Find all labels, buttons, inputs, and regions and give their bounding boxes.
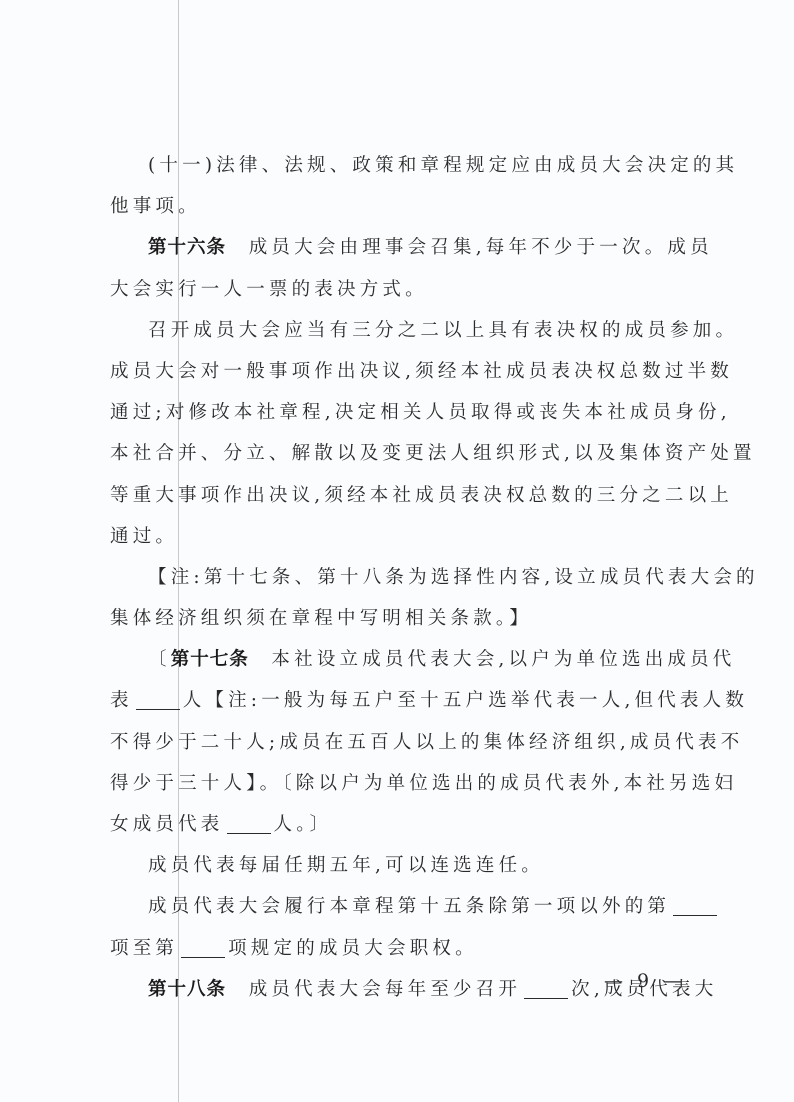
article-heading: 第十六条: [148, 237, 226, 258]
fill-in-blank: [227, 815, 271, 835]
text-line: 等重大事项作出决议,须经本社成员表决权总数的三分之二以上: [110, 475, 682, 516]
text-line: 得少于三十人】。〔除以户为单位选出的成员代表外,本社另选妇: [110, 763, 682, 804]
text-line: 成员代表大会履行本章程第十五条除第一项以外的第: [110, 886, 682, 927]
fill-in-blank: [673, 897, 717, 917]
text-segment: 成员代表大会履行本章程第十五条除第一项以外的第: [148, 896, 670, 917]
text-segment: 不得少于二十人;成员在五百人以上的集体经济组织,成员代表不: [110, 732, 743, 753]
fill-in-blank: [181, 938, 225, 958]
text-line: 大会实行一人一票的表决方式。: [110, 269, 682, 310]
text-segment: 通过。: [110, 526, 178, 547]
text-line: (十一)法律、法规、政策和章程规定应由成员大会决定的其: [110, 145, 682, 186]
text-segment: 项规定的成员大会职权。: [228, 938, 478, 959]
page-number: — 9 —: [604, 970, 686, 992]
text-segment: 女成员代表: [110, 814, 224, 835]
text-segment: 大会实行一人一票的表决方式。: [110, 279, 428, 300]
text-segment: (十一)法律、法规、政策和章程规定应由成员大会决定的其: [148, 155, 738, 176]
text-line: 女成员代表人。〕: [110, 804, 682, 845]
text-segment: 本社设立成员代表大会,以户为单位选出成员代: [249, 649, 736, 670]
text-line: 第十八条 成员代表大会每年至少召开次,成员代表大: [110, 969, 682, 1010]
article-heading: 第十七条: [171, 649, 249, 670]
text-segment: 召开成员大会应当有三分之二以上具有表决权的成员参加。: [148, 320, 738, 341]
text-segment: 【注:第十七条、第十八条为选择性内容,设立成员代表大会的: [148, 567, 759, 588]
text-line: 召开成员大会应当有三分之二以上具有表决权的成员参加。: [110, 310, 682, 351]
text-segment: 通过;对修改本社章程,决定相关人员取得或丧失本社成员身份,: [110, 402, 731, 423]
text-segment: 〔: [148, 649, 171, 670]
text-line: 成员大会对一般事项作出决议,须经本社成员表决权总数过半数: [110, 351, 682, 392]
text-line: 第十六条 成员大会由理事会召集,每年不少于一次。成员: [110, 227, 682, 268]
text-segment: 成员代表大会每年至少召开: [226, 979, 521, 1000]
text-line: 【注:第十七条、第十八条为选择性内容,设立成员代表大会的: [110, 557, 682, 598]
text-line: 项至第项规定的成员大会职权。: [110, 928, 682, 969]
text-segment: 项至第: [110, 938, 178, 959]
text-segment: 表: [110, 690, 133, 711]
text-segment: 人。〕: [274, 814, 333, 835]
text-line: 不得少于二十人;成员在五百人以上的集体经济组织,成员代表不: [110, 722, 682, 763]
text-segment: 成员大会对一般事项作出决议,须经本社成员表决权总数过半数: [110, 361, 733, 382]
text-segment: 得少于三十人】。〔除以户为单位选出的成员代表外,本社另选妇: [110, 773, 737, 794]
text-line: 成员代表每届任期五年,可以连选连任。: [110, 845, 682, 886]
text-line: 集体经济组织须在章程中写明相关条款。】: [110, 598, 682, 639]
text-line: 表人【注:一般为每五户至十五户选举代表一人,但代表人数: [110, 680, 682, 721]
text-line: 通过;对修改本社章程,决定相关人员取得或丧失本社成员身份,: [110, 392, 682, 433]
article-heading: 第十八条: [148, 979, 226, 1000]
fill-in-blank: [136, 691, 180, 711]
text-segment: 等重大事项作出决议,须经本社成员表决权总数的三分之二以上: [110, 485, 733, 506]
text-line: 〔第十七条 本社设立成员代表大会,以户为单位选出成员代: [110, 639, 682, 680]
text-segment: 人【注:一般为每五户至十五户选举代表一人,但代表人数: [183, 690, 748, 711]
text-segment: 本社合并、分立、解散以及变更法人组织形式,以及集体资产处置: [110, 443, 756, 464]
text-segment: 集体经济组织须在章程中写明相关条款。】: [110, 608, 532, 629]
text-line: 他事项。: [110, 186, 682, 227]
text-segment: 成员代表每届任期五年,可以连选连任。: [148, 855, 544, 876]
text-line: 通过。: [110, 516, 682, 557]
document-body: (十一)法律、法规、政策和章程规定应由成员大会决定的其他事项。第十六条 成员大会…: [110, 145, 682, 1010]
text-line: 本社合并、分立、解散以及变更法人组织形式,以及集体资产处置: [110, 433, 682, 474]
fill-in-blank: [524, 979, 568, 999]
text-segment: 成员大会由理事会召集,每年不少于一次。成员: [226, 237, 713, 258]
text-segment: 他事项。: [110, 196, 201, 217]
